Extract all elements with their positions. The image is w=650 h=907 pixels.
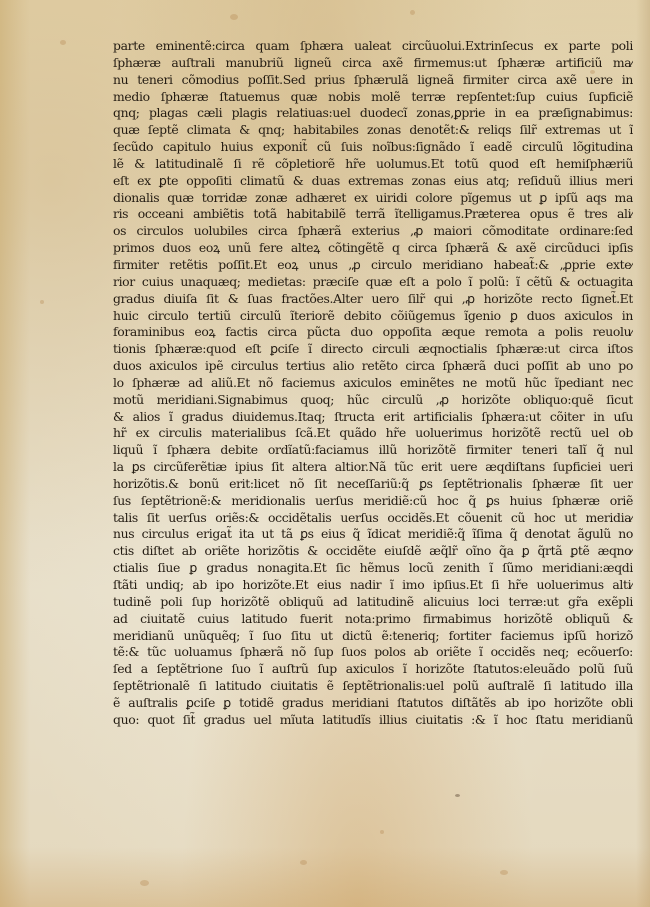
page-edge-left	[0, 0, 30, 907]
text-line: ſus ſeptẽtrionẽ:& meridionalis uerſus me…	[113, 493, 633, 510]
text-line: medio ſphæræ ſtatuemus quæ nobis molẽ te…	[113, 89, 633, 106]
text-line: ſphæræ auſtrali manubriũ ligneũ circa ax…	[113, 55, 633, 72]
text-line: foraminibus eoꝝ factis circa pũcta duo o…	[113, 324, 633, 341]
text-line: ſecũdo capitulo huius exponit̃ cũ ſuis n…	[113, 139, 633, 156]
text-line: talis ſit uerſus oriẽs:& occidẽtalis uer…	[113, 510, 633, 527]
text-line: horizõtis.& bonũ erit:licet nõ ſit neceſ…	[113, 476, 633, 493]
foxing-speck	[410, 10, 415, 15]
foxing-speck	[140, 880, 149, 886]
text-line: dionalis quæ torridæ zonæ adhæret ex uir…	[113, 190, 633, 207]
text-line: qnq; plagas cæli plagis relatiuas:uel du…	[113, 105, 633, 122]
text-line: ſed a ſeptẽtrione ſuo ĩ auſtrũ ſup axicu…	[113, 661, 633, 678]
text-line: eſt ex ꝑte oppoſiti climatũ & duas extre…	[113, 173, 633, 190]
foxing-stain-bottom	[0, 847, 650, 907]
text-line: ẽ auſtralis ꝑciſe ꝑ totidẽ gradus meridi…	[113, 695, 633, 712]
text-line: gradus diuiſa ſit & ſuas fractões.Alter …	[113, 291, 633, 308]
text-line: ſeptẽtrionalẽ ſi latitudo ciuitatis ẽ ſe…	[113, 678, 633, 695]
foxing-speck	[300, 860, 307, 865]
foxing-speck	[40, 300, 44, 304]
text-line: ctis diſtet ab oriẽte horizõtis & occidẽ…	[113, 543, 633, 560]
text-line: ris occeani ambiẽtis totã habitabilẽ ter…	[113, 206, 633, 223]
text-line: motũ meridiani.Signabimus quoq; hũc circ…	[113, 392, 633, 409]
text-line: nu teneri cõmodius poſſit.Sed prius ſphæ…	[113, 72, 633, 89]
foxing-speck	[500, 870, 508, 875]
foxing-speck	[60, 40, 66, 45]
text-line: hr̃ ex circulis materialibus ſcã.Et quãd…	[113, 425, 633, 442]
text-line: ſtãti undiq; ab ipo horizõte.Et eius nad…	[113, 577, 633, 594]
text-line: duos axiculos ipẽ circulus tertius alio …	[113, 358, 633, 375]
text-line: lo ſphæræ ad aliũ.Et nõ faciemus axiculo…	[113, 375, 633, 392]
foxing-speck	[455, 794, 460, 797]
text-line: rior cuius unaquæq; medietas: præciſe qu…	[113, 274, 633, 291]
page-edge-right	[636, 0, 650, 907]
text-line: lẽ & latitudinalẽ ſi rẽ cõpletiorẽ hr̃e …	[113, 156, 633, 173]
text-line: os circulos uolubiles circa ſphærã exter…	[113, 223, 633, 240]
text-line: tudinẽ poli ſup horizõtẽ obliquũ ad lati…	[113, 594, 633, 611]
foxing-speck	[380, 830, 384, 834]
text-line: la ꝑs circũferẽtiæ ipius ſit altera alti…	[113, 459, 633, 476]
text-line: quo: quot ſit̃ gradus uel mĩuta latitudĩ…	[113, 712, 633, 729]
foxing-speck	[230, 14, 238, 20]
text-line: ad ciuitatẽ cuius latitudo fuerit nota:p…	[113, 611, 633, 628]
text-line: primos duos eoꝝ unũ fere alteꝝ cõtingẽtẽ…	[113, 240, 633, 257]
text-line: huic circulo tertiũ circulũ ĩteriorẽ deb…	[113, 308, 633, 325]
text-line: liquũ ĩ ſphæra debite ordĩatũ:faciamus i…	[113, 442, 633, 459]
text-line: quæ ſeptẽ climata & qnq; habitabiles zon…	[113, 122, 633, 139]
text-column: parte eminentẽ:circa quam ſphæra ualeat …	[113, 38, 633, 729]
text-line: tẽ:& tũc uoluamus ſphærã nõ ſup ſuos pol…	[113, 644, 633, 661]
text-line: meridianũ unũquẽq; ĩ ſuo ſitu ut dictũ ẽ…	[113, 628, 633, 645]
text-line: & alios ĩ gradus diuidemus.Itaq; ſtructa…	[113, 409, 633, 426]
manuscript-page: parte eminentẽ:circa quam ſphæra ualeat …	[0, 0, 650, 907]
text-line: ctialis ſiue ꝑ gradus nonagita.Et ſic hẽ…	[113, 560, 633, 577]
text-line: firmiter retẽtis poſſit.Et eoꝝ unus ,ꝓ c…	[113, 257, 633, 274]
text-line: nus circulus erigat̃ ita ut tã ꝑs eius q…	[113, 526, 633, 543]
text-line: parte eminentẽ:circa quam ſphæra ualeat …	[113, 38, 633, 55]
text-line: tionis ſphæræ:quod eſt ꝑciſe ĩ directo c…	[113, 341, 633, 358]
